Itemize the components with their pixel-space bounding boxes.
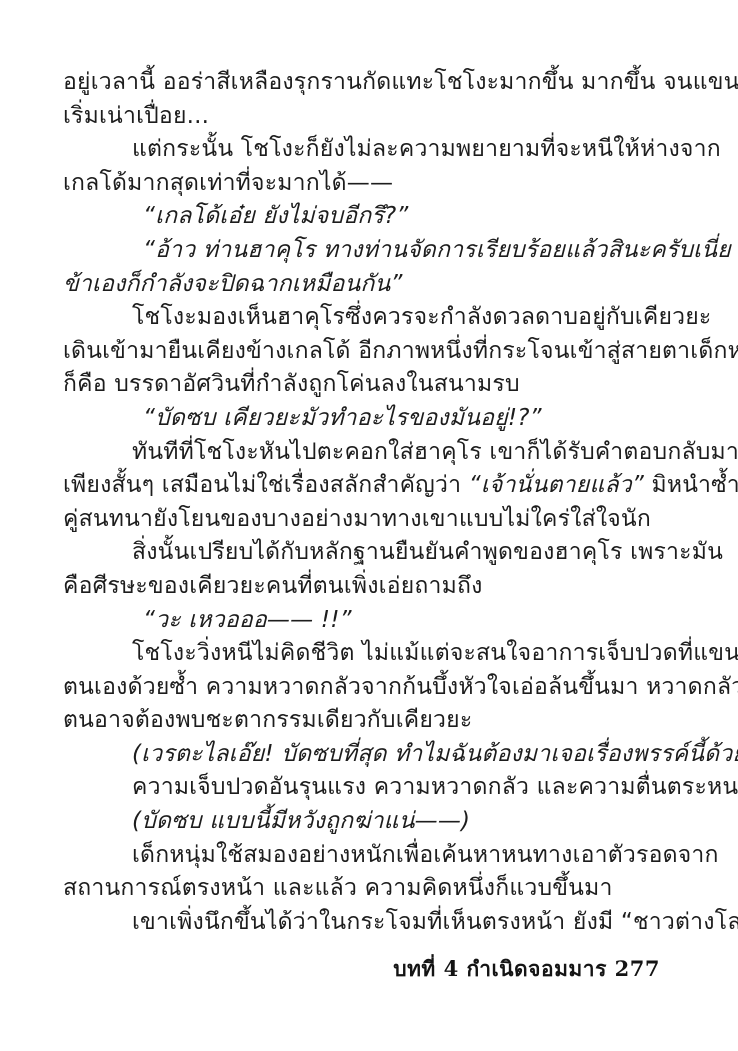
text-segment: เริ่มเน่าเปื่อย...: [63, 103, 209, 129]
text-segment: สถานการณ์ตรงหน้า และแล้ว ความคิดหนึ่งก็แ…: [63, 875, 613, 901]
paragraph: โชโงะวิ่งหนีไม่คิดชีวิต ไม่แม้แต่จะสนใจอ…: [63, 637, 679, 738]
paragraph: “บัดซบ เคียวยะมัวทำอะไรของมันอยู่!?”: [63, 402, 679, 436]
paragraph: (บัดซบ แบบนี้มีหวังถูกฆ่าแน่——): [63, 805, 679, 839]
text-line: เดินเข้ามายืนเคียงข้างเกลโด้ อีกภาพหนึ่ง…: [63, 335, 679, 369]
text-segment: สิ่งนั้นเปรียบได้กับหลักฐานยืนยันคำพูดขอ…: [132, 539, 723, 565]
text-segment: คือศีรษะของเคียวยะคนที่ตนเพิ่งเอ่ยถามถึง: [63, 573, 483, 599]
text-segment: ตนเองด้วยซ้ำ ความหวาดกลัวจากก้นบึ้งหัวใจ…: [63, 674, 738, 700]
text-line: สิ่งนั้นเปรียบได้กับหลักฐานยืนยันคำพูดขอ…: [63, 536, 679, 570]
text-block: อยู่เวลานี้ ออร่าสีเหลืองรุกรานกัดแทะโชโ…: [63, 66, 679, 939]
text-segment: ก็คือ บรรดาอัศวินที่กำลังถูกโค่นลงในสนาม…: [63, 371, 520, 397]
text-line: ข้าเองก็กำลังจะปิดฉากเหมือนกัน”: [63, 268, 679, 302]
text-line: เกลโด้มากสุดเท่าที่จะมากได้——: [63, 167, 679, 201]
text-line: เพียงสั้นๆ เสมือนไม่ใช่เรื่องสลักสำคัญว่…: [63, 469, 679, 503]
text-segment: “เกลโด้เอ๋ย ยังไม่จบอีกรึ?”: [143, 203, 408, 229]
text-segment: “อ้าว ท่านฮาคุโร ทางท่านจัดการเรียบร้อยแ…: [143, 237, 731, 263]
text-segment: โชโงะมองเห็นฮาคุโรซึ่งควรจะกำลังดวลดาบอย…: [132, 304, 711, 330]
text-segment: แต่กระนั้น โชโงะก็ยังไม่ละความพยายามที่จ…: [132, 136, 721, 162]
text-segment: เขาเพิ่งนึกขึ้นได้ว่าในกระโจมที่เห็นตรงห…: [132, 909, 738, 935]
text-segment: ตนอาจต้องพบชะตากรรมเดียวกับเคียวยะ: [63, 707, 472, 733]
text-segment: เกลโด้มากสุดเท่าที่จะมากได้——: [63, 170, 393, 196]
paragraph: เด็กหนุ่มใช้สมองอย่างหนักเพื่อเค้นหาหนทา…: [63, 839, 679, 906]
text-line: เริ่มเน่าเปื่อย...: [63, 100, 679, 134]
paragraph: “อ้าว ท่านฮาคุโร ทางท่านจัดการเรียบร้อยแ…: [63, 234, 679, 301]
text-segment: ทันทีที่โชโงะหันไปตะคอกใส่ฮาคุโร เขาก็ได…: [132, 439, 738, 465]
text-segment: “บัดซบ เคียวยะมัวทำอะไรของมันอยู่!?”: [143, 405, 542, 431]
text-line: คือศีรษะของเคียวยะคนที่ตนเพิ่งเอ่ยถามถึง: [63, 570, 679, 604]
text-segment: (เวรตะไลเอ๊ย! บัดซบที่สุด ทำไมฉันต้องมาเ…: [132, 741, 738, 767]
text-segment: เดินเข้ามายืนเคียงข้างเกลโด้ อีกภาพหนึ่ง…: [63, 338, 738, 364]
text-line: ตนอาจต้องพบชะตากรรมเดียวกับเคียวยะ: [63, 704, 679, 738]
text-line: แต่กระนั้น โชโงะก็ยังไม่ละความพยายามที่จ…: [63, 133, 679, 167]
paragraph: ทันทีที่โชโงะหันไปตะคอกใส่ฮาคุโร เขาก็ได…: [63, 436, 679, 537]
text-line: เขาเพิ่งนึกขึ้นได้ว่าในกระโจมที่เห็นตรงห…: [63, 906, 679, 940]
text-segment: โชโงะวิ่งหนีไม่คิดชีวิต ไม่แม้แต่จะสนใจอ…: [132, 640, 738, 666]
paragraph: “วะ เหวอออ—— !!”: [63, 604, 679, 638]
text-line: โชโงะวิ่งหนีไม่คิดชีวิต ไม่แม้แต่จะสนใจอ…: [63, 637, 679, 671]
text-line: โชโงะมองเห็นฮาคุโรซึ่งควรจะกำลังดวลดาบอย…: [63, 301, 679, 335]
text-line: ทันทีที่โชโงะหันไปตะคอกใส่ฮาคุโร เขาก็ได…: [63, 436, 679, 470]
text-segment: “เจ้านั่นตายแล้ว”: [469, 472, 644, 498]
text-line: (เวรตะไลเอ๊ย! บัดซบที่สุด ทำไมฉันต้องมาเ…: [63, 738, 679, 772]
text-line: “เกลโด้เอ๋ย ยังไม่จบอีกรึ?”: [63, 200, 679, 234]
text-segment: อยู่เวลานี้ ออร่าสีเหลืองรุกรานกัดแทะโชโ…: [63, 69, 738, 95]
text-line: คู่สนทนายังโยนของบางอย่างมาทางเขาแบบไม่ใ…: [63, 503, 679, 537]
paragraph: แต่กระนั้น โชโงะก็ยังไม่ละความพยายามที่จ…: [63, 133, 679, 200]
text-line: ก็คือ บรรดาอัศวินที่กำลังถูกโค่นลงในสนาม…: [63, 368, 679, 402]
text-line: “อ้าว ท่านฮาคุโร ทางท่านจัดการเรียบร้อยแ…: [63, 234, 679, 268]
text-segment: ข้าเองก็กำลังจะปิดฉากเหมือนกัน”: [63, 271, 403, 297]
paragraph: “เกลโด้เอ๋ย ยังไม่จบอีกรึ?”: [63, 200, 679, 234]
text-line: อยู่เวลานี้ ออร่าสีเหลืองรุกรานกัดแทะโชโ…: [63, 66, 679, 100]
paragraph: โชโงะมองเห็นฮาคุโรซึ่งควรจะกำลังดวลดาบอย…: [63, 301, 679, 402]
text-line: ตนเองด้วยซ้ำ ความหวาดกลัวจากก้นบึ้งหัวใจ…: [63, 671, 679, 705]
text-segment: เด็กหนุ่มใช้สมองอย่างหนักเพื่อเค้นหาหนทา…: [132, 842, 719, 868]
text-segment: (บัดซบ แบบนี้มีหวังถูกฆ่าแน่——): [132, 808, 470, 834]
text-line: ความเจ็บปวดอันรุนแรง ความหวาดกลัว และควา…: [63, 771, 679, 805]
paragraph: เขาเพิ่งนึกขึ้นได้ว่าในกระโจมที่เห็นตรงห…: [63, 906, 679, 940]
text-line: “บัดซบ เคียวยะมัวทำอะไรของมันอยู่!?”: [63, 402, 679, 436]
text-segment: คู่สนทนายังโยนของบางอย่างมาทางเขาแบบไม่ใ…: [63, 506, 651, 532]
text-segment: มิหนำซ้ำ: [644, 472, 738, 498]
book-page: อยู่เวลานี้ ออร่าสีเหลืองรุกรานกัดแทะโชโ…: [0, 0, 738, 1051]
text-line: (บัดซบ แบบนี้มีหวังถูกฆ่าแน่——): [63, 805, 679, 839]
page-footer: บทที่ 4 กำเนิดจอมมาร 277: [393, 953, 660, 986]
text-line: “วะ เหวอออ—— !!”: [63, 604, 679, 638]
text-line: สถานการณ์ตรงหน้า และแล้ว ความคิดหนึ่งก็แ…: [63, 872, 679, 906]
paragraph: สิ่งนั้นเปรียบได้กับหลักฐานยืนยันคำพูดขอ…: [63, 536, 679, 603]
text-line: เด็กหนุ่มใช้สมองอย่างหนักเพื่อเค้นหาหนทา…: [63, 839, 679, 873]
paragraph: (เวรตะไลเอ๊ย! บัดซบที่สุด ทำไมฉันต้องมาเ…: [63, 738, 679, 772]
text-segment: “วะ เหวอออ—— !!”: [143, 607, 352, 633]
paragraph: อยู่เวลานี้ ออร่าสีเหลืองรุกรานกัดแทะโชโ…: [63, 66, 679, 133]
text-segment: เพียงสั้นๆ เสมือนไม่ใช่เรื่องสลักสำคัญว่…: [63, 472, 469, 498]
text-segment: ความเจ็บปวดอันรุนแรง ความหวาดกลัว และควา…: [132, 774, 738, 800]
paragraph: ความเจ็บปวดอันรุนแรง ความหวาดกลัว และควา…: [63, 771, 679, 805]
